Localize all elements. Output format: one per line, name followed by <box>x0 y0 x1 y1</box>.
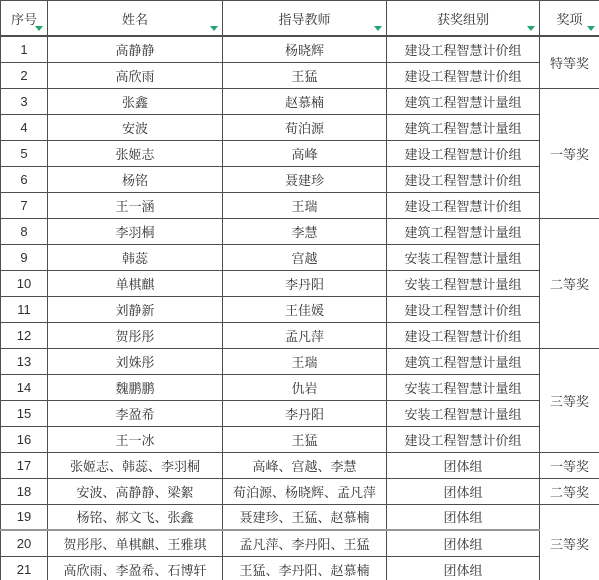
teacher-cell[interactable]: 杨晓辉 <box>223 36 387 62</box>
table-row: 14魏鹏鹏仇岩安装工程智慧计量组 <box>1 374 599 400</box>
table-row: 3张鑫赵慕楠建筑工程智慧计量组一等奖 <box>1 88 599 114</box>
name-cell[interactable]: 张姬志、韩蕊、李羽桐 <box>48 452 223 478</box>
award-cell[interactable]: 二等奖 <box>540 218 599 348</box>
group-cell[interactable]: 安装工程智慧计量组 <box>387 400 540 426</box>
table-row: 2高欣雨王猛建设工程智慧计价组 <box>1 62 599 88</box>
name-cell[interactable]: 王一涵 <box>48 192 223 218</box>
row-number-cell[interactable]: 14 <box>1 374 48 400</box>
row-number-cell[interactable]: 19 <box>1 504 48 530</box>
table-row: 18安波、高静静、梁絮荀泊源、杨晓辉、孟凡萍团体组二等奖 <box>1 478 599 504</box>
teacher-cell[interactable]: 孟凡萍 <box>223 322 387 348</box>
group-cell[interactable]: 安装工程智慧计量组 <box>387 244 540 270</box>
header-row: 序号 姓名 指导教师 获奖组别 奖项 <box>1 1 599 37</box>
teacher-cell[interactable]: 聂建珍、王猛、赵慕楠 <box>223 504 387 530</box>
name-cell[interactable]: 张姬志 <box>48 140 223 166</box>
row-number-cell[interactable]: 9 <box>1 244 48 270</box>
table-row: 7王一涵王瑞建设工程智慧计价组 <box>1 192 599 218</box>
header-cell-group[interactable]: 获奖组别 <box>387 1 540 37</box>
name-cell[interactable]: 张鑫 <box>48 88 223 114</box>
name-cell[interactable]: 安波 <box>48 114 223 140</box>
name-cell[interactable]: 高欣雨、李盈希、石博轩 <box>48 556 223 580</box>
table-row: 6杨铭聂建珍建设工程智慧计价组 <box>1 166 599 192</box>
row-number-cell[interactable]: 15 <box>1 400 48 426</box>
filter-dropdown-icon[interactable] <box>210 26 218 31</box>
group-cell[interactable]: 建设工程智慧计价组 <box>387 166 540 192</box>
award-cell[interactable]: 二等奖 <box>540 478 599 504</box>
header-cell-name[interactable]: 姓名 <box>48 1 223 37</box>
table-row: 13刘姝彤王瑞建筑工程智慧计量组三等奖 <box>1 348 599 374</box>
row-number-cell[interactable]: 3 <box>1 88 48 114</box>
teacher-cell[interactable]: 赵慕楠 <box>223 88 387 114</box>
group-cell[interactable]: 建筑工程智慧计量组 <box>387 114 540 140</box>
name-cell[interactable]: 王一冰 <box>48 426 223 452</box>
group-cell[interactable]: 团体组 <box>387 478 540 504</box>
award-cell[interactable]: 特等奖 <box>540 36 599 88</box>
group-cell[interactable]: 建设工程智慧计价组 <box>387 36 540 62</box>
header-label-teacher: 指导教师 <box>278 12 330 27</box>
table-row: 8李羽桐李慧建筑工程智慧计量组二等奖 <box>1 218 599 244</box>
name-cell[interactable]: 魏鹏鹏 <box>48 374 223 400</box>
award-cell[interactable]: 一等奖 <box>540 88 599 218</box>
filter-dropdown-icon[interactable] <box>527 26 535 31</box>
header-label-name: 姓名 <box>122 12 148 27</box>
group-cell[interactable]: 建设工程智慧计价组 <box>387 322 540 348</box>
table-row: 9韩蕊宫越安装工程智慧计量组 <box>1 244 599 270</box>
header-cell-award[interactable]: 奖项 <box>540 1 599 37</box>
group-cell[interactable]: 建设工程智慧计价组 <box>387 296 540 322</box>
name-cell[interactable]: 杨铭 <box>48 166 223 192</box>
teacher-cell[interactable]: 王瑞 <box>223 192 387 218</box>
row-number-cell[interactable]: 10 <box>1 270 48 296</box>
teacher-cell[interactable]: 王猛 <box>223 62 387 88</box>
award-cell[interactable]: 三等奖 <box>540 348 599 452</box>
teacher-cell[interactable]: 王猛、李丹阳、赵慕楠 <box>223 556 387 580</box>
row-number-cell[interactable]: 7 <box>1 192 48 218</box>
teacher-cell[interactable]: 荀泊源 <box>223 114 387 140</box>
table-body: 1高静静杨晓辉建设工程智慧计价组特等奖2高欣雨王猛建设工程智慧计价组3张鑫赵慕楠… <box>1 36 599 580</box>
table-row: 16王一冰王猛建设工程智慧计价组 <box>1 426 599 452</box>
table-row: 11刘静新王佳媛建设工程智慧计价组 <box>1 296 599 322</box>
award-cell[interactable]: 一等奖 <box>540 452 599 478</box>
teacher-cell[interactable]: 李丹阳 <box>223 270 387 296</box>
row-number-cell[interactable]: 1 <box>1 36 48 62</box>
row-number-cell[interactable]: 13 <box>1 348 48 374</box>
table-row: 21高欣雨、李盈希、石博轩王猛、李丹阳、赵慕楠团体组 <box>1 556 599 580</box>
table-row: 5张姬志高峰建设工程智慧计价组 <box>1 140 599 166</box>
group-cell[interactable]: 建设工程智慧计价组 <box>387 140 540 166</box>
table-row: 17张姬志、韩蕊、李羽桐高峰、宫越、李慧团体组一等奖 <box>1 452 599 478</box>
header-label-award: 奖项 <box>556 12 582 27</box>
table-row: 4安波荀泊源建筑工程智慧计量组 <box>1 114 599 140</box>
filter-dropdown-icon[interactable] <box>35 26 43 31</box>
header-label-group: 获奖组别 <box>437 12 489 27</box>
teacher-cell[interactable]: 荀泊源、杨晓辉、孟凡萍 <box>223 478 387 504</box>
row-number-cell[interactable]: 2 <box>1 62 48 88</box>
name-cell[interactable]: 韩蕊 <box>48 244 223 270</box>
name-cell[interactable]: 贺彤彤 <box>48 322 223 348</box>
row-number-cell[interactable]: 17 <box>1 452 48 478</box>
teacher-cell[interactable]: 王佳媛 <box>223 296 387 322</box>
table-row: 1高静静杨晓辉建设工程智慧计价组特等奖 <box>1 36 599 62</box>
group-cell[interactable]: 团体组 <box>387 556 540 580</box>
name-cell[interactable]: 李盈希 <box>48 400 223 426</box>
teacher-cell[interactable]: 高峰、宫越、李慧 <box>223 452 387 478</box>
teacher-cell[interactable]: 王瑞 <box>223 348 387 374</box>
teacher-cell[interactable]: 高峰 <box>223 140 387 166</box>
name-cell[interactable]: 刘静新 <box>48 296 223 322</box>
row-number-cell[interactable]: 21 <box>1 556 48 580</box>
teacher-cell[interactable]: 孟凡萍、李丹阳、王猛 <box>223 530 387 556</box>
header-cell-teacher[interactable]: 指导教师 <box>223 1 387 37</box>
group-cell[interactable]: 团体组 <box>387 452 540 478</box>
name-cell[interactable]: 高欣雨 <box>48 62 223 88</box>
filter-dropdown-icon[interactable] <box>587 26 595 31</box>
row-number-cell[interactable]: 6 <box>1 166 48 192</box>
row-number-cell[interactable]: 4 <box>1 114 48 140</box>
name-cell[interactable]: 高静静 <box>48 36 223 62</box>
name-cell[interactable]: 贺彤彤、单棋麒、王雅琪 <box>48 530 223 556</box>
name-cell[interactable]: 李羽桐 <box>48 218 223 244</box>
teacher-cell[interactable]: 王猛 <box>223 426 387 452</box>
group-cell[interactable]: 团体组 <box>387 530 540 556</box>
teacher-cell[interactable]: 聂建珍 <box>223 166 387 192</box>
group-cell[interactable]: 建筑工程智慧计量组 <box>387 218 540 244</box>
table-row: 10单棋麒李丹阳安装工程智慧计量组 <box>1 270 599 296</box>
group-cell[interactable]: 建设工程智慧计价组 <box>387 62 540 88</box>
group-cell[interactable]: 团体组 <box>387 504 540 530</box>
row-number-cell[interactable]: 12 <box>1 322 48 348</box>
group-cell[interactable]: 建筑工程智慧计量组 <box>387 88 540 114</box>
header-cell-no[interactable]: 序号 <box>1 1 48 37</box>
name-cell[interactable]: 刘姝彤 <box>48 348 223 374</box>
teacher-cell[interactable]: 宫越 <box>223 244 387 270</box>
table-header: 序号 姓名 指导教师 获奖组别 奖项 <box>1 1 599 37</box>
awards-table: 序号 姓名 指导教师 获奖组别 奖项 1高静静杨晓辉建设工程智慧计价组特等奖2高… <box>0 0 599 580</box>
header-label-no: 序号 <box>11 12 37 27</box>
table-row: 19杨铭、郝文飞、张鑫聂建珍、王猛、赵慕楠团体组三等奖 <box>1 504 599 530</box>
group-cell[interactable]: 安装工程智慧计量组 <box>387 374 540 400</box>
row-number-cell[interactable]: 20 <box>1 530 48 556</box>
teacher-cell[interactable]: 李慧 <box>223 218 387 244</box>
row-number-cell[interactable]: 5 <box>1 140 48 166</box>
award-cell[interactable]: 三等奖 <box>540 504 599 580</box>
row-number-cell[interactable]: 18 <box>1 478 48 504</box>
table-row: 20贺彤彤、单棋麒、王雅琪孟凡萍、李丹阳、王猛团体组 <box>1 530 599 556</box>
group-cell[interactable]: 安装工程智慧计量组 <box>387 270 540 296</box>
teacher-cell[interactable]: 李丹阳 <box>223 400 387 426</box>
group-cell[interactable]: 建设工程智慧计价组 <box>387 192 540 218</box>
filter-dropdown-icon[interactable] <box>374 26 382 31</box>
group-cell[interactable]: 建筑工程智慧计量组 <box>387 348 540 374</box>
teacher-cell[interactable]: 仇岩 <box>223 374 387 400</box>
name-cell[interactable]: 杨铭、郝文飞、张鑫 <box>48 504 223 530</box>
name-cell[interactable]: 安波、高静静、梁絮 <box>48 478 223 504</box>
group-cell[interactable]: 建设工程智慧计价组 <box>387 426 540 452</box>
row-number-cell[interactable]: 16 <box>1 426 48 452</box>
name-cell[interactable]: 单棋麒 <box>48 270 223 296</box>
row-number-cell[interactable]: 11 <box>1 296 48 322</box>
table-row: 12贺彤彤孟凡萍建设工程智慧计价组 <box>1 322 599 348</box>
table-row: 15李盈希李丹阳安装工程智慧计量组 <box>1 400 599 426</box>
row-number-cell[interactable]: 8 <box>1 218 48 244</box>
